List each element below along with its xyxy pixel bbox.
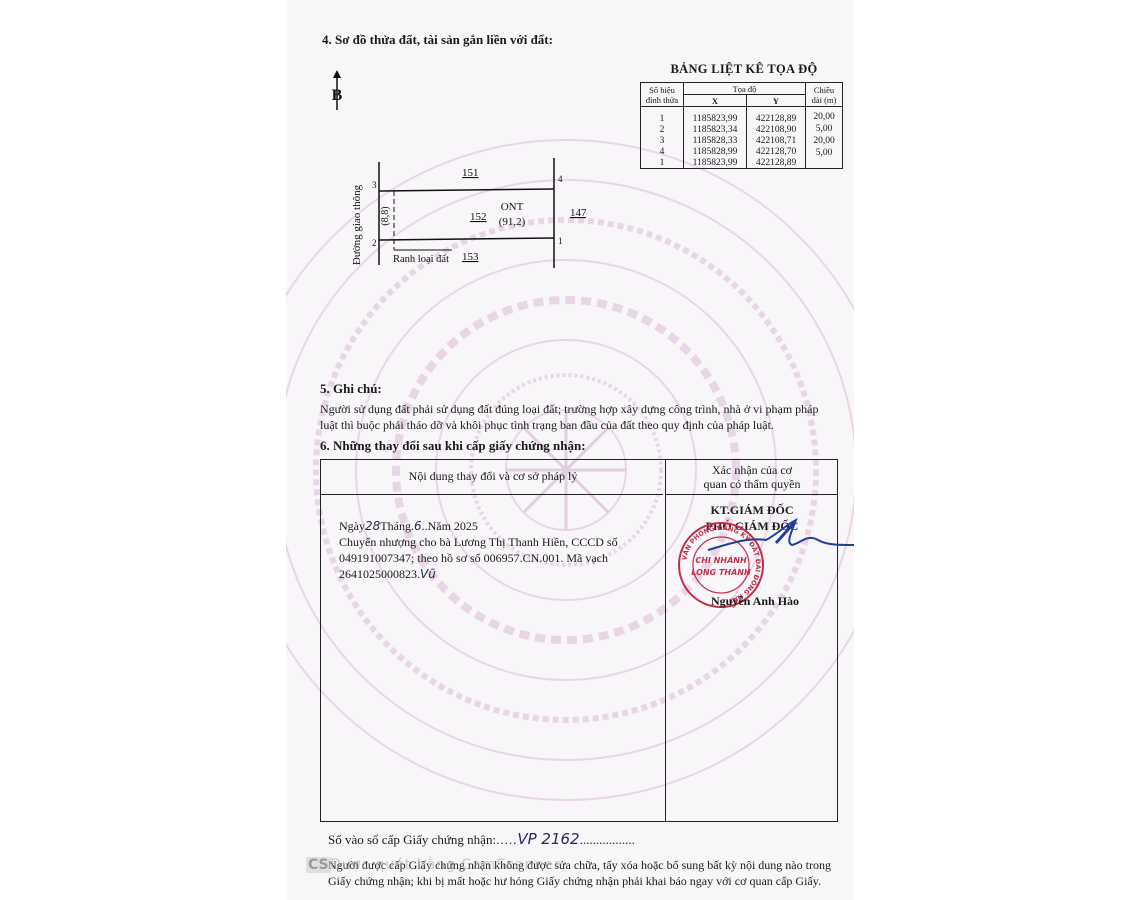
section-5-text: Người sử dụng đất phải sử dụng đất đúng … (320, 401, 830, 433)
point-label-1: 1 (558, 236, 563, 246)
coord-cell-y: 422128,89 (747, 157, 806, 169)
parcel-number-right: 147 (570, 207, 586, 219)
registry-line: Số vào sổ cấp Giấy chứng nhận:.....VP 21… (328, 830, 635, 848)
land-type: ONT (501, 201, 524, 213)
point-label-3: 3 (372, 180, 377, 190)
stamp-center2: LONG THÀNH (691, 567, 751, 577)
coord-cell-y: 422108,71 (747, 135, 806, 146)
parcel-area: (91,2) (499, 216, 526, 228)
header-confirm-line1: Xác nhận của cơ (665, 463, 839, 477)
coord-cell-point: 4 (641, 146, 684, 157)
coord-row: 11185823,99422128,8920,005,0020,005,00 (641, 107, 843, 125)
camscanner-badge: CS (306, 857, 331, 873)
entry-date: Ngày28Tháng.6..Năm 2025 (339, 518, 659, 534)
entry-month: 6 (414, 519, 422, 533)
header-coord: Tọa độ (684, 83, 806, 95)
signer-name: Nguyễn Anh Hào (711, 594, 799, 609)
coord-cell-x: 1185823,34 (684, 124, 747, 135)
header-confirm-line2: quan có thẩm quyền (665, 477, 839, 491)
header-change-content: Nội dung thay đổi và cơ sở pháp lý (321, 469, 665, 483)
parcel-number-bottom: 153 (462, 251, 479, 263)
parcel-diagram: Đường giao thông 3 4 2 1 151 147 153 152… (346, 150, 586, 280)
side-length: (8,8) (380, 206, 391, 225)
header-y: Y (747, 95, 806, 107)
entry-line3: 2641025000823. (339, 567, 420, 581)
entry-line1: Chuyển nhượng cho bà Lương Thị Thanh Hiề… (339, 534, 659, 550)
parcel-number-center: 152 (470, 211, 487, 223)
header-confirm: Xác nhận của cơ quan có thẩm quyền (665, 463, 839, 491)
registry-value: VP 2162 (517, 830, 579, 848)
coord-cell-x: 1185823,99 (684, 157, 747, 169)
coord-cell-x: 1185828,99 (684, 146, 747, 157)
parcel-number-top: 151 (462, 167, 479, 179)
boundary-label: Ranh loại đất (393, 254, 449, 265)
edge-length: 20,00 (809, 135, 839, 147)
coord-cell-y: 422128,70 (747, 146, 806, 157)
edge-length: 5,00 (809, 147, 839, 159)
coord-cell-point: 2 (641, 124, 684, 135)
point-label-4: 4 (558, 174, 563, 184)
coord-cell-point: 1 (641, 157, 684, 169)
road-label: Đường giao thông (351, 184, 363, 265)
entry-day: 28 (365, 519, 380, 533)
entry-line2: 049191007347; theo hồ sơ số 006957.CN.00… (339, 550, 659, 566)
camscanner-watermark: Được quét bằng CamScanner (330, 857, 561, 873)
changes-table: Nội dung thay đổi và cơ sở pháp lý Xác n… (320, 459, 838, 822)
edge-length: 5,00 (809, 123, 839, 135)
header-point: Số hiệu đỉnh thửa (641, 83, 684, 107)
coordinate-table: Số hiệu đỉnh thửa Tọa độ Chiều dài (m) X… (640, 82, 843, 169)
point-label-2: 2 (372, 238, 377, 248)
coord-lengths: 20,005,0020,005,00 (806, 107, 843, 169)
certificate-page: 4. Sơ đồ thửa đất, tài sản gắn liền với … (286, 0, 854, 900)
north-label: B (332, 87, 343, 104)
section-5-heading: 5. Ghi chú: (320, 381, 382, 397)
north-arrow-icon: B (330, 70, 344, 110)
handwritten-signature (706, 515, 854, 565)
coord-cell-point: 1 (641, 107, 684, 125)
entry-initials: Vũ (420, 567, 436, 581)
coord-cell-x: 1185823,99 (684, 107, 747, 125)
coord-cell-point: 3 (641, 135, 684, 146)
section-4-heading: 4. Sơ đồ thửa đất, tài sản gắn liền với … (322, 32, 553, 48)
coord-table-title: BẢNG LIỆT KÊ TỌA ĐỘ (644, 62, 844, 77)
edge-length: 20,00 (809, 111, 839, 123)
coord-cell-y: 422128,89 (747, 107, 806, 125)
coord-cell-y: 422108,90 (747, 124, 806, 135)
header-x: X (684, 95, 747, 107)
registry-label: Số vào sổ cấp Giấy chứng nhận: (328, 832, 496, 847)
change-entry: Ngày28Tháng.6..Năm 2025 Chuyển nhượng ch… (339, 518, 659, 582)
section-6-heading: 6. Những thay đổi sau khi cấp giấy chứng… (320, 438, 586, 454)
header-length: Chiều dài (m) (806, 83, 843, 107)
coord-cell-x: 1185828,33 (684, 135, 747, 146)
